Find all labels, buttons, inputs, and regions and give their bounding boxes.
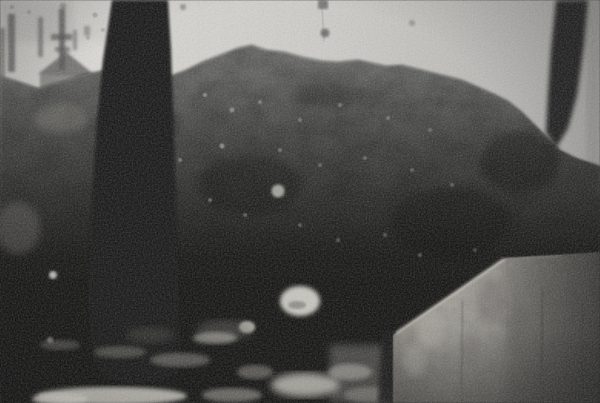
film-grain [0,0,600,403]
photo-canvas [0,0,600,403]
photograph [0,0,600,403]
